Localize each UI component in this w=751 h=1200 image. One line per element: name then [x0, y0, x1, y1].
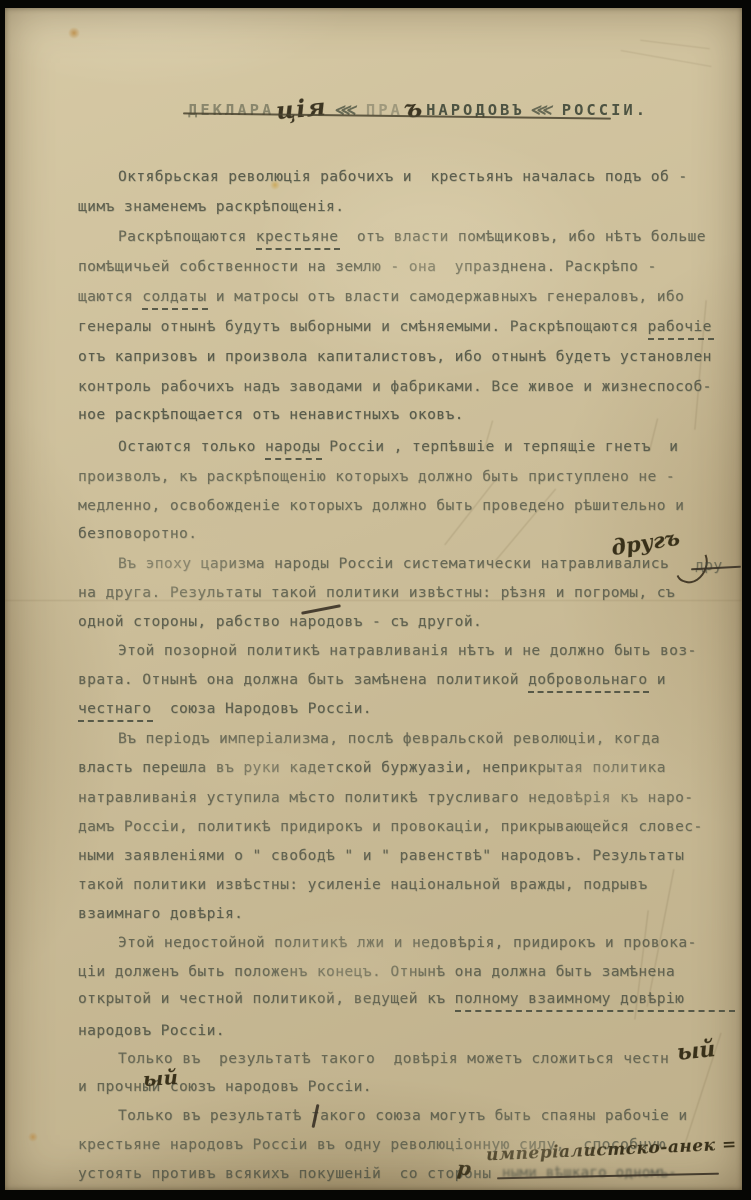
- typed-line: Въ періодъ имперіализма, послѣ февральск…: [118, 732, 660, 747]
- title-typed-prefix: ДЕКЛАРА: [188, 101, 274, 119]
- typed-line: такой политики извѣстны: усиленіе націон…: [78, 878, 648, 893]
- typed-line: медленно, освобожденіе которыхъ должно б…: [78, 499, 684, 514]
- handwritten-ending-yi: ый: [676, 1038, 716, 1064]
- handwritten-ending-yi: ый: [142, 1067, 178, 1089]
- typed-line: открытой и честной политикой, ведущей къ…: [78, 992, 684, 1007]
- dashed-underline: [648, 338, 714, 340]
- typed-line: щимъ знаменемъ раскрѣпощенія.: [78, 200, 344, 215]
- typed-line: врата. Отнынѣ она должна быть замѣнена п…: [78, 673, 666, 688]
- typed-line: устоять противъ всякихъ покушеній со сто…: [78, 1167, 491, 1182]
- typed-line: помѣщичьей собственности на землю - она …: [78, 260, 657, 275]
- typed-line: Остаются только народы Россіи , терпѣвші…: [118, 440, 678, 455]
- typed-line: генералы отнынѣ будутъ выборными и смѣня…: [78, 320, 712, 335]
- typed-line: Только въ результатѣ такого довѣрія може…: [118, 1052, 669, 1067]
- dashed-underline: [528, 691, 649, 693]
- typed-line: и прочный союзъ народовъ Россіи.: [78, 1080, 372, 1095]
- typed-line: контроль рабочихъ надъ заводами и фабрик…: [78, 380, 712, 395]
- dashed-underline: [265, 458, 322, 460]
- paper-sheet: ДЕКЛАРАція⋘ПРАъНАРОДОВЪ⋘РОССІИ. Октябрьс…: [5, 8, 742, 1190]
- typed-line: взаимнаго довѣрія.: [78, 907, 243, 922]
- handwritten-letter-fix: р: [456, 1158, 471, 1179]
- dashed-underline: [256, 248, 340, 250]
- handwritten-word-drug: другъ: [610, 527, 681, 559]
- crease-line: [621, 50, 712, 67]
- typed-line: Раскрѣпощаются крестьяне отъ власти помѣ…: [118, 230, 706, 245]
- typed-line: честнаго союза Народовъ Россіи.: [78, 702, 372, 717]
- crease-line: [640, 40, 710, 50]
- typed-line: на друга. Результаты такой политики извѣ…: [78, 586, 675, 601]
- typed-line: Октябрьская революція рабочихъ и крестья…: [118, 170, 688, 185]
- dashed-underline: [78, 720, 153, 722]
- typed-line: щаются солдаты и матросы отъ власти само…: [78, 290, 684, 305]
- typed-line: Въ эпоху царизма народы Россіи системати…: [118, 557, 669, 572]
- title-handwritten-suffix: ція: [275, 92, 328, 125]
- document-photo: ДЕКЛАРАція⋘ПРАъНАРОДОВЪ⋘РОССІИ. Октябрьс…: [0, 0, 751, 1200]
- typed-line: Этой недостойной политикѣ лжи и недовѣрі…: [118, 936, 697, 951]
- typed-line: одной стороны, рабство народовъ - съ дру…: [78, 615, 482, 630]
- typed-line: власть перешла въ руки кадетской буржуаз…: [78, 761, 666, 776]
- typed-line: ными заявленіями о " свободѣ " и " равен…: [78, 849, 684, 864]
- typed-line: безповоротно.: [78, 527, 197, 542]
- typed-line: Этой позорной политикѣ натравливанія нѣт…: [118, 644, 697, 659]
- title-handwritten-hard-sign: ъ: [403, 93, 426, 123]
- typed-line: произволъ, къ раскрѣпощенію которыхъ дол…: [78, 470, 675, 485]
- typed-line: ціи долженъ быть положенъ конецъ. Отнынѣ…: [78, 965, 675, 980]
- typed-line: натравливанія уступила мѣсто политикѣ тр…: [78, 791, 693, 806]
- typed-line: Только въ результатѣ такого союза могутъ…: [118, 1109, 688, 1124]
- dashed-underline: [455, 1010, 735, 1012]
- typed-line: дамъ Россіи, политикѣ придирокъ и провок…: [78, 820, 703, 835]
- typed-line: народовъ Россіи.: [78, 1024, 225, 1039]
- typed-line: ное раскрѣпощается отъ ненавистныхъ оков…: [78, 408, 464, 423]
- dashed-underline: [142, 308, 208, 310]
- typed-line: отъ капризовъ и произвола капиталистовъ,…: [78, 350, 712, 365]
